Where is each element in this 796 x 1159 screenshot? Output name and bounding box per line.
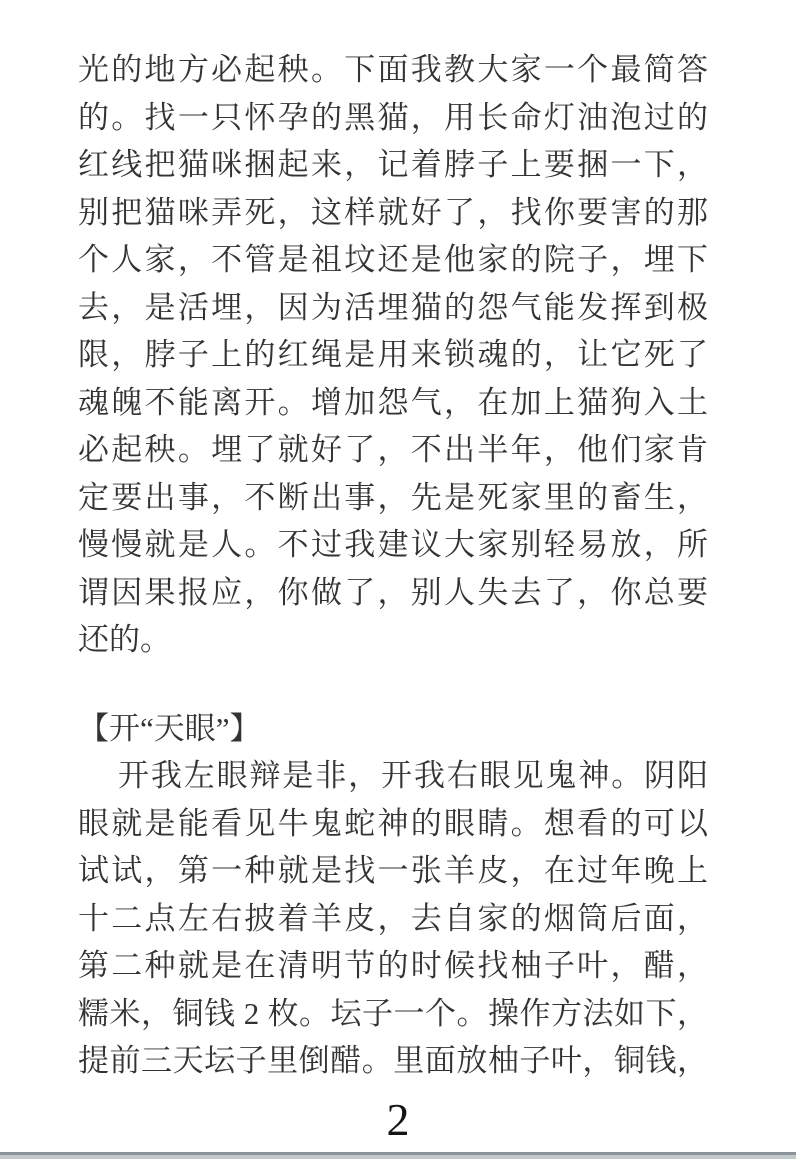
text-line: 红线把猫咪捆起来，记着脖子上要捆一下，	[78, 141, 708, 189]
text-line: 眼就是能看见牛鬼蛇神的眼睛。想看的可以	[78, 800, 708, 848]
text-line: 必起秧。埋了就好了，不出半年，他们家肯	[78, 426, 708, 474]
text-line: 限，脖子上的红绳是用来锁魂的，让它死了	[78, 331, 708, 379]
text-line: 谓因果报应，你做了，别人失去了，你总要	[78, 569, 708, 617]
text-line: 的。找一只怀孕的黑猫，用长命灯油泡过的	[78, 94, 708, 142]
bottom-divider-strip	[0, 1155, 796, 1159]
text-line: 提前三天坛子里倒醋。里面放柚子叶，铜钱，	[78, 1037, 708, 1085]
text-line: 个人家，不管是祖坟还是他家的院子，埋下	[78, 236, 708, 284]
text-line: 开我左眼辩是非，开我右眼见鬼神。阴阳	[78, 752, 708, 800]
text-line: 糯米，铜钱 2 枚。坛子一个。操作方法如下，	[78, 990, 708, 1038]
paragraph-2: 开我左眼辩是非，开我右眼见鬼神。阴阳眼就是能看见牛鬼蛇神的眼睛。想看的可以试试，…	[78, 752, 708, 1085]
section-header: 【开“天眼”】	[78, 705, 708, 753]
text-line: 光的地方必起秧。下面我教大家一个最简答	[78, 46, 708, 94]
paragraph-1: 光的地方必起秧。下面我教大家一个最简答的。找一只怀孕的黑猫，用长命灯油泡过的红线…	[78, 46, 708, 664]
text-line: 十二点左右披着羊皮，去自家的烟筒后面，	[78, 895, 708, 943]
text-line: 还的。	[78, 616, 708, 664]
text-line: 别把猫咪弄死，这样就好了，找你要害的那	[78, 189, 708, 237]
page-footer: 2	[0, 1097, 796, 1143]
text-line: 慢慢就是人。不过我建议大家别轻易放，所	[78, 521, 708, 569]
text-line: 第二种就是在清明节的时候找柚子叶，醋，	[78, 942, 708, 990]
text-line: 试试，第一种就是找一张羊皮，在过年晚上	[78, 847, 708, 895]
text-line: 定要出事，不断出事，先是死家里的畜生，	[78, 474, 708, 522]
ebook-page: 光的地方必起秧。下面我教大家一个最简答的。找一只怀孕的黑猫，用长命灯油泡过的红线…	[0, 0, 796, 1159]
page-number: 2	[387, 1097, 410, 1143]
text-line: 魂魄不能离开。增加怨气，在加上猫狗入土	[78, 379, 708, 427]
page-content: 光的地方必起秧。下面我教大家一个最简答的。找一只怀孕的黑猫，用长命灯油泡过的红线…	[78, 0, 708, 1085]
text-line: 去，是活埋，因为活埋猫的怨气能发挥到极	[78, 284, 708, 332]
